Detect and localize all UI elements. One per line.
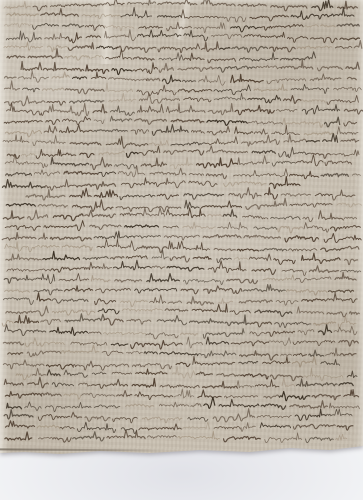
- scan-background: [0, 0, 363, 500]
- handwriting-layer: [0, 0, 363, 456]
- paper-sheet: [0, 0, 363, 456]
- manuscript-page: [0, 0, 363, 456]
